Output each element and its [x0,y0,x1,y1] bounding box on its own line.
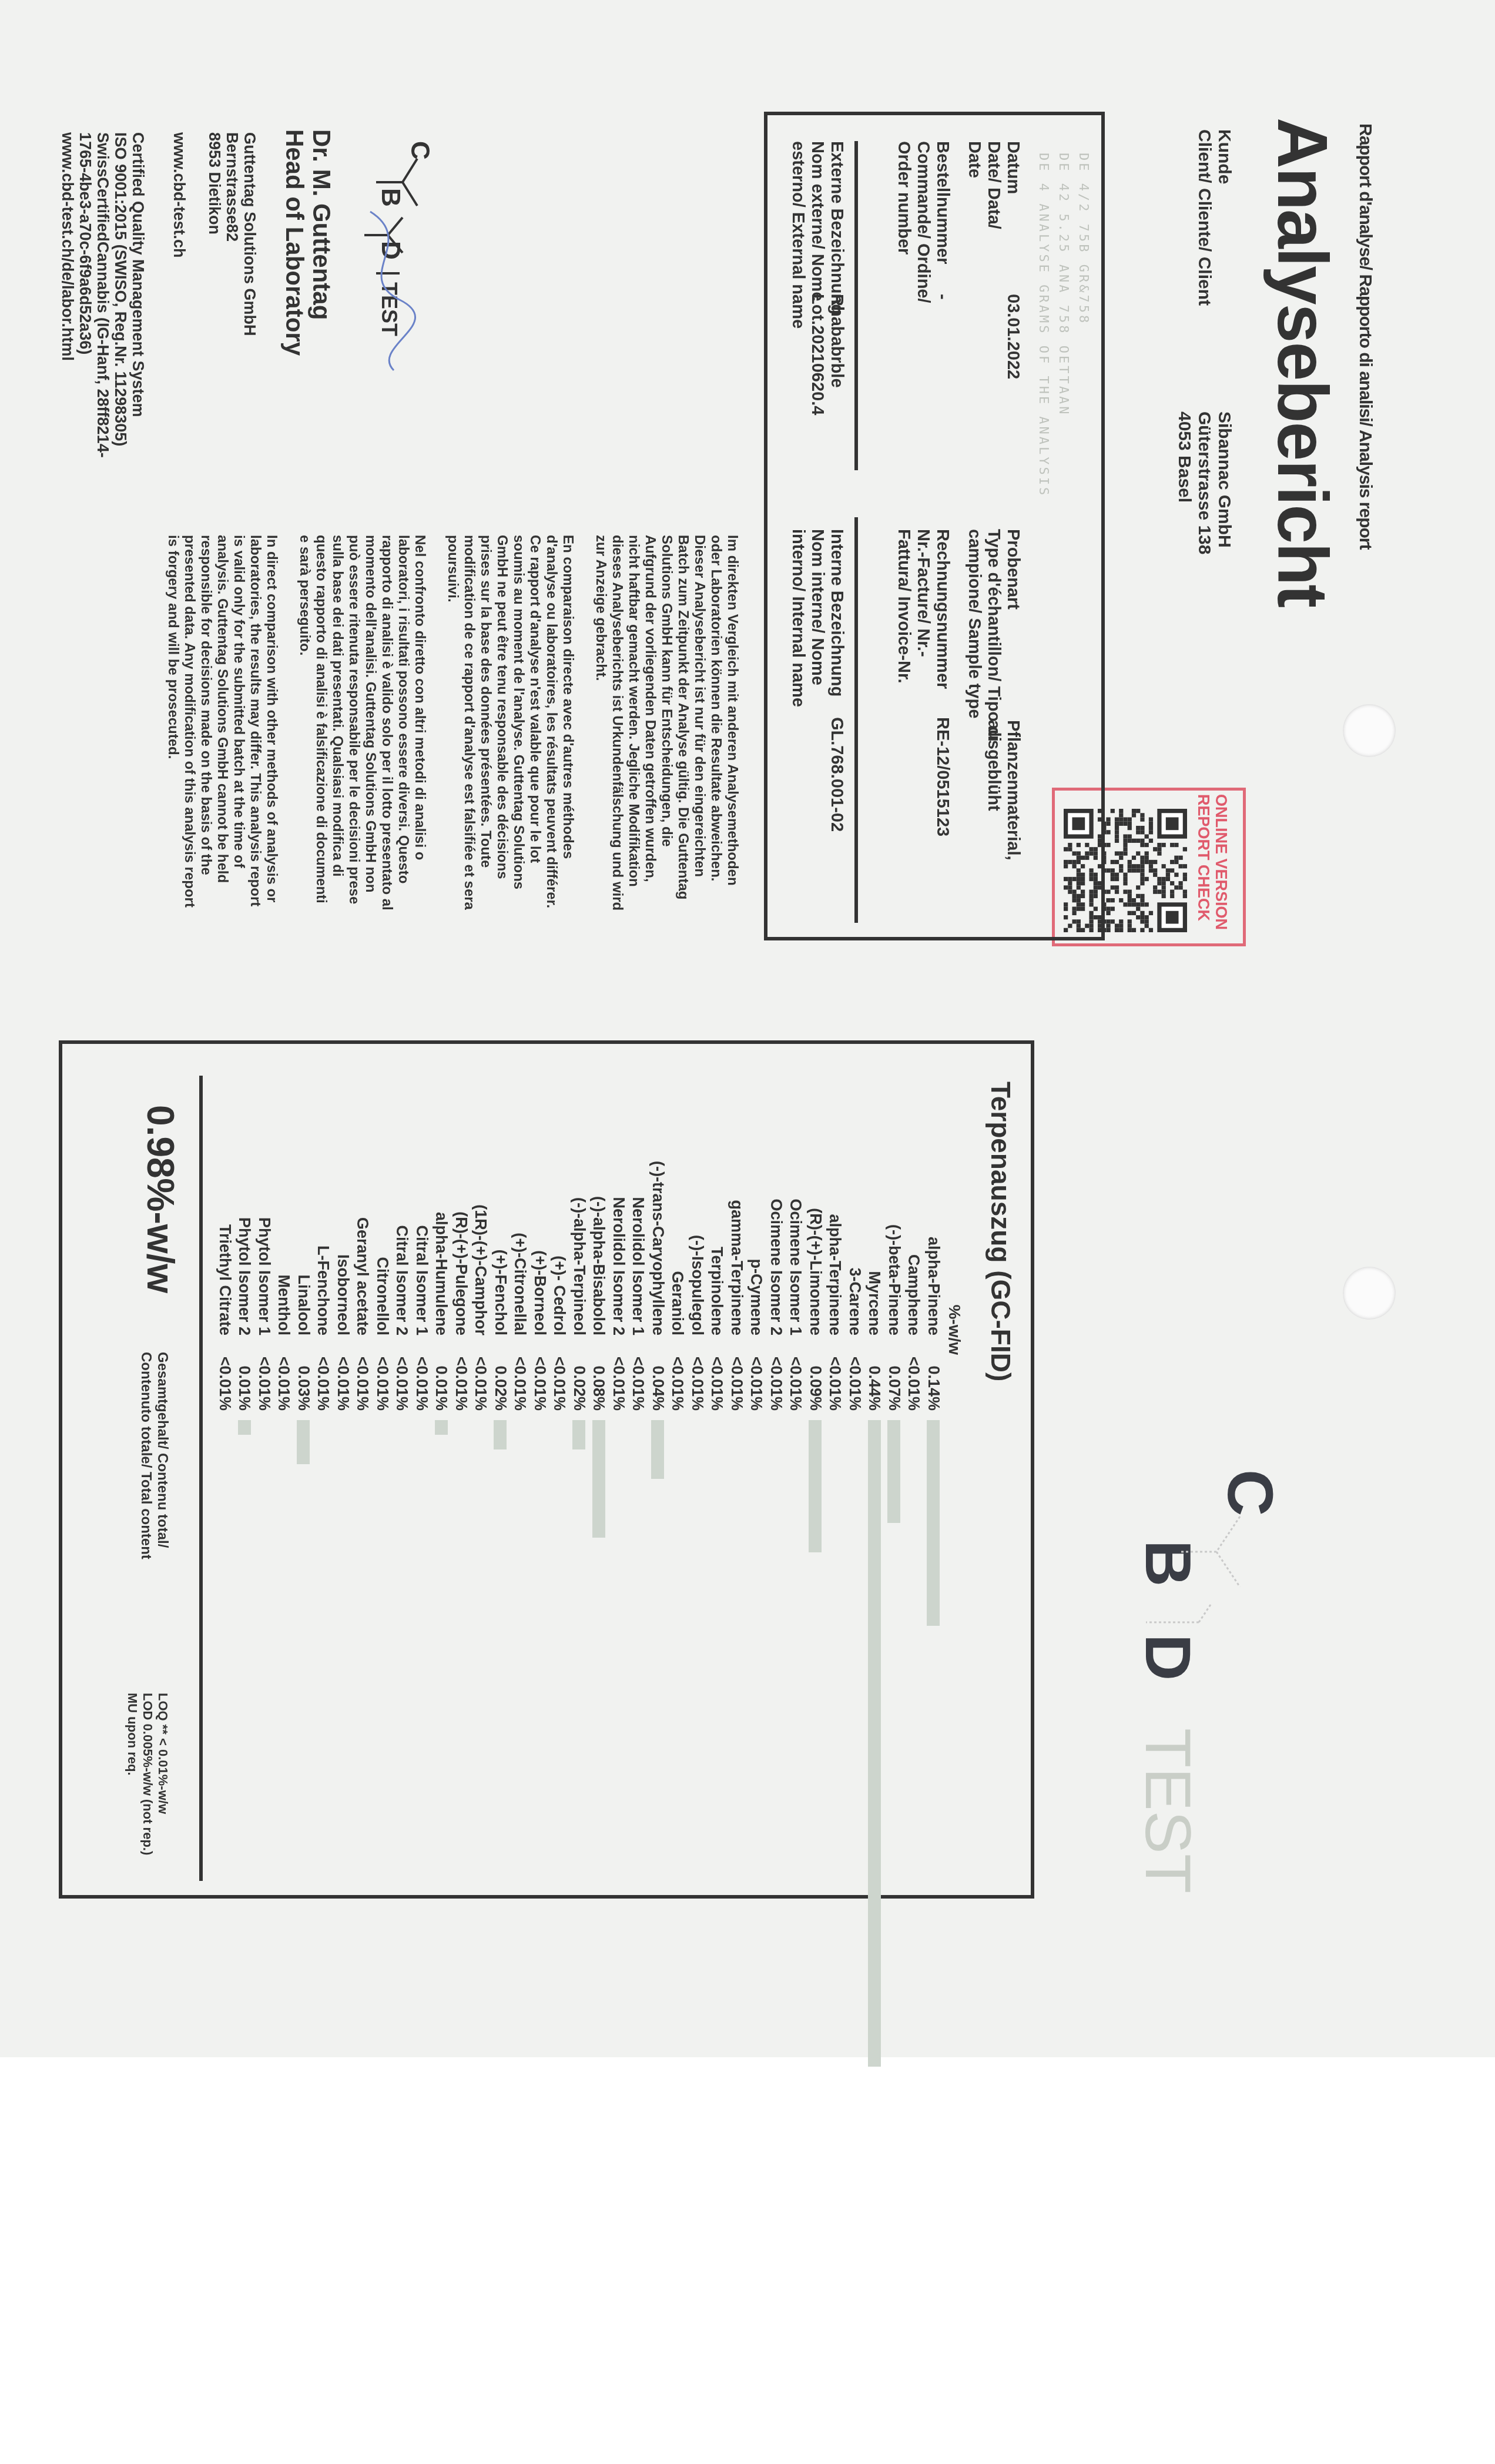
terpene-name: alpha-Humulene [432,1076,450,1346]
lab-address-line: Bernstrasse82 [223,132,241,336]
terpene-value: <0.01% [767,1346,785,1411]
terpene-row: alpha-Terpinene<0.01% [825,1076,845,2067]
terpene-name: Phytol Isomer 1 [255,1076,273,1346]
terpene-name: Citral Isomer 1 [413,1076,431,1346]
terpene-bar [572,1420,585,1449]
lab-website-link[interactable]: www.cbd-test.ch [170,132,188,258]
disclaimer-en: In direct comparison with other methods … [165,535,280,911]
terpene-value: <0.01% [471,1346,490,1411]
terpene-value: <0.01% [708,1346,726,1411]
client-name: Sibannac GmbH [1214,411,1234,555]
sample-type-label: Probenart Type d'échantillon/ Tipo di ca… [964,529,1023,742]
terpene-row: alpha-Humulene0.01% [431,1076,451,2067]
terpene-bar [494,1420,507,1449]
terpene-name: (R)-(+)-Limonene [806,1076,824,1346]
lab-certification: Certified Quality Management System ISO … [59,132,147,458]
value-line: ausgeblüht [984,720,1003,861]
terpene-row: (-)-alpha-Bisabolol0.08% [589,1076,609,2067]
terpene-bar [809,1420,822,1552]
label-line: Commande/ Ordine/ [913,141,933,303]
faint-line: DE 42 5.25 ANA 758 OETTAAN [1053,153,1073,497]
terpene-name: Triethyl Citrate [216,1076,234,1346]
terpene-row: Menthol<0.01% [274,1076,294,2067]
terpene-name: gamma-Terpinene [728,1076,746,1346]
client-label-de: Kunde [1214,129,1234,306]
terpene-value: 0.02% [570,1346,588,1411]
label-line: interno/ Internal name [788,529,807,707]
cert-line: 1765-4be3-a70c-6f9a6d52a36) [76,132,94,458]
terpene-bar [297,1420,310,1464]
terpene-title: Terpenauszug (GC-FID) [985,1082,1017,1381]
label-line: Rechnungsnummer [933,529,952,689]
cert-line: SwissCertifiedCannabis (IG-Hanf, 28ff821… [94,132,112,458]
order-value: - [933,294,952,300]
terpene-row: Citronellol<0.01% [373,1076,393,2067]
label-line: Datum [1003,141,1023,229]
disclaimers: Im direkten Vergleich mit anderen Analys… [165,535,740,911]
cbd-test-brand-logo-icon: C B D TEST [1117,1458,1293,1893]
terpene-name: (-)-alpha-Terpineol [570,1076,588,1346]
terpene-value: 0.07% [885,1346,903,1411]
terpene-row: Citral Isomer 1<0.01% [412,1076,432,2067]
svg-text:C: C [1214,1469,1286,1516]
label-line: Type d'échantillon/ Tipo di [984,529,1003,742]
terpene-value: <0.01% [255,1346,273,1411]
terpene-row: alpha-Pinene0.14% [924,1076,944,2067]
page-title: Analysebericht [1262,118,1343,607]
value-line: Rhababrble [827,294,846,415]
report-subtitle: Rapport d'analyse/ Rapporto di analisi/ … [1355,123,1375,550]
total-content-value: 0.98%-w/w [139,1105,182,1293]
terpene-name: alpha-Pinene [924,1076,943,1346]
signatory-role: Head of Laboratory [281,129,308,356]
terpene-bar [651,1420,664,1479]
terpene-name: (+)-Fenchol [491,1076,509,1346]
terpene-row: (1R)-(+)-Camphor<0.01% [471,1076,491,2067]
label-line: campione/ Sample type [964,529,984,742]
terpene-name: L-Fenchone [314,1076,332,1346]
terpene-name: (+)-Borneol [531,1076,549,1346]
terpene-value: <0.01% [274,1346,293,1411]
terpene-name: alpha-Terpinene [826,1076,844,1346]
terpene-row: 3-Carene<0.01% [845,1076,865,2067]
terpene-name: (-)-alpha-Bisabolol [589,1076,608,1346]
terpene-value: 0.01% [432,1346,450,1411]
label-line: Nr.-Facture/ Nr.- [913,529,933,689]
disclaimer-it: Nel confronto diretto con altri metodi d… [296,535,428,911]
terpene-value: 0.01% [235,1346,253,1411]
terpene-name: (-)-Isopulegol [688,1076,706,1346]
label-line: Gesamtgehalt/ Contenu total/ [154,1352,170,1559]
terpene-name: Linalool [294,1076,313,1346]
terpene-row: Citral Isomer 2<0.01% [392,1076,412,2067]
svg-text:TEST: TEST [1132,1728,1204,1893]
terpene-value: <0.01% [334,1346,352,1411]
lod-line: LOQ ** < 0.01%-w/w [155,1693,170,1855]
disclaimer-de: Im direkten Vergleich mit anderen Analys… [592,535,740,911]
terpene-value: <0.01% [216,1346,234,1411]
terpene-row: Phytol Isomer 20.01% [234,1076,254,2067]
terpene-row: Ocimene Isomer 2<0.01% [766,1076,786,2067]
terpene-value: <0.01% [728,1346,746,1411]
terpene-row: (+)-Fenchol0.02% [491,1076,511,2067]
terpene-bar [887,1420,900,1523]
lod-notes: LOQ ** < 0.01%-w/w LOD 0.005%-w/w (not r… [125,1693,170,1855]
terpene-value: <0.01% [452,1346,470,1411]
terpene-row: (-)-alpha-Terpineol0.02% [569,1076,589,2067]
terpene-row: Geraniol<0.01% [668,1076,688,2067]
terpene-value: <0.01% [393,1346,411,1411]
terpene-row: Myrcene0.44% [864,1076,884,2067]
cbd-test-signature-logo-icon: C B D TEST [335,123,452,394]
terpene-row: (-)-trans-Caryophyllene0.04% [648,1076,668,2067]
terpene-name: p-Cymene [747,1076,765,1346]
terpene-value: <0.01% [668,1346,686,1411]
lod-line: LOD 0.005%-w/w (not rep.) [140,1693,155,1855]
lab-address: Guttentag Solutions GmbH Bernstrasse82 8… [206,132,259,336]
terpene-row: (R)-(+)-Limonene0.09% [806,1076,826,2067]
date-label: Datum Date/ Data/ Date [964,141,1023,229]
invoice-label: Rechnungsnummer Nr.-Facture/ Nr.- Fattur… [894,529,952,689]
sample-type-value: Pflanzenmaterial, ausgeblüht [984,720,1023,861]
terpene-name: Ocimene Isomer 1 [786,1076,805,1346]
cert-line: Certified Quality Management System [129,132,147,458]
terpene-table: alpha-Pinene0.14%Camphene<0.01%(-)-beta-… [215,1076,944,2067]
terpene-value: <0.01% [373,1346,391,1411]
terpene-name: Terpinolene [708,1076,726,1346]
terpene-name: Geraniol [668,1076,686,1346]
terpene-row: (-)-beta-Pinene0.07% [884,1076,904,2067]
label-line: Interne Bezeichnung [827,529,846,707]
terpene-value: <0.01% [511,1346,529,1411]
signatory: Dr. M. Guttentag Head of Laboratory [281,129,335,356]
terpene-value: <0.01% [550,1346,568,1411]
client-city: 4053 Basel [1174,411,1194,555]
terpene-row: Triethyl Citrate<0.01% [215,1076,235,2067]
info-divider [854,141,858,470]
terpene-value: <0.01% [747,1346,765,1411]
label-line: Fattura/ Invoice-Nr. [894,529,913,689]
scanner-background [0,2057,1495,2464]
terpene-row: Camphene<0.01% [904,1076,924,2067]
terpene-name: (-)-trans-Caryophyllene [649,1076,667,1346]
terpene-bar [927,1420,940,1626]
client-label: Kunde Client/ Cliente/ Client [1194,129,1234,306]
terpene-value: <0.01% [629,1346,647,1411]
terpene-row: Linalool0.03% [294,1076,314,2067]
terpene-value: <0.01% [826,1346,844,1411]
terpene-bar [238,1420,251,1435]
terpene-row: Geranyl acetate<0.01% [353,1076,373,2067]
terpene-row: Terpinolene<0.01% [707,1076,727,2067]
terpene-value: 0.02% [491,1346,509,1411]
online-check-line2: REPORT CHECK [1195,794,1212,935]
info-divider-right [854,517,858,923]
label-line: Date [964,141,984,229]
svg-text:B: B [1132,1540,1204,1586]
terpene-row: Phytol Isomer 1<0.01% [254,1076,274,2067]
terpene-row: (+)-Borneol<0.01% [530,1076,550,2067]
terpene-value: <0.01% [609,1346,628,1411]
faint-line: DE 4 ANALYSE GRAMS OF THE ANALYSIS [1033,153,1053,497]
terpene-name: Citronellol [373,1076,391,1346]
terpene-value: 0.44% [865,1346,883,1411]
svg-text:D: D [1132,1634,1204,1680]
terpene-value: <0.01% [846,1346,864,1411]
terpene-row: (R)-(+)-Pulegone<0.01% [451,1076,471,2067]
order-label: Bestellnummer Commande/ Ordine/ Order nu… [894,141,952,303]
terpene-name: (1R)-(+)-Camphor [471,1076,490,1346]
label-line: Nom interne/ Nome [807,529,827,707]
terpene-value: 0.09% [806,1346,824,1411]
terpene-row: (+)-Citronellal<0.01% [510,1076,530,2067]
faint-line: DE 4/2 75B GR&758 [1073,153,1093,497]
lab-address-line: Guttentag Solutions GmbH [241,132,259,336]
terpene-bar [868,1420,881,2067]
terpene-row: (-)-Isopulegol<0.01% [688,1076,708,2067]
punch-hole [1343,704,1396,757]
terpene-row: (+)- Cedrol<0.01% [549,1076,569,2067]
invoice-value: RE-12/0515123 [933,717,952,836]
terpene-value: 0.08% [589,1346,608,1411]
total-divider [199,1076,203,1881]
terpene-row: Ocimene Isomer 1<0.01% [786,1076,806,2067]
client-label-multi: Client/ Cliente/ Client [1194,129,1214,306]
terpene-name: Citral Isomer 2 [393,1076,411,1346]
terpene-name: (R)-(+)-Pulegone [452,1076,470,1346]
total-content-label: Gesamtgehalt/ Contenu total/ Contenuto t… [138,1352,170,1559]
terpene-name: Myrcene [865,1076,883,1346]
client-street: Güterstrasse 138 [1194,411,1214,555]
terpene-name: Isoborneol [334,1076,352,1346]
terpene-value: <0.01% [531,1346,549,1411]
terpene-name: (+)- Cedrol [550,1076,568,1346]
terpene-bar [435,1420,448,1435]
value-line: Pflanzenmaterial, [1003,720,1023,861]
cert-line: ISO 9001:2015 (SWISO, Reg.Nr. 11298305) [112,132,129,458]
internal-name-value: GL.768.001-02 [827,717,846,832]
faint-watermark-lines: DE 4/2 75B GR&758 DE 42 5.25 ANA 758 OET… [1033,153,1093,497]
svg-text:C: C [405,141,434,160]
label-line: Date/ Data/ [984,141,1003,229]
value-line: Lot.20210620.4 [807,294,827,415]
online-check-title: ONLINE VERSION REPORT CHECK [1195,794,1230,935]
lod-line: MU upon req. [125,1693,140,1855]
terpene-row: L-Fenchone<0.01% [313,1076,333,2067]
terpene-value: 0.14% [924,1346,943,1411]
terpene-name: Phytol Isomer 2 [235,1076,253,1346]
terpene-value: <0.01% [904,1346,923,1411]
terpene-name: Nerolidol Isomer 2 [609,1076,628,1346]
punch-hole [1343,1267,1396,1320]
cert-link[interactable]: www.cbd-test.ch/de/labor.html [59,132,76,458]
terpene-row: p-Cymene<0.01% [746,1076,766,2067]
lab-address-line: 8953 Dietikon [206,132,223,336]
terpene-name: (-)-beta-Pinene [885,1076,903,1346]
terpene-value: <0.01% [786,1346,805,1411]
terpene-name: Menthol [274,1076,293,1346]
terpene-name: 3-Carene [846,1076,864,1346]
terpene-name: Camphene [904,1076,923,1346]
terpene-row: Nerolidol Isomer 2<0.01% [609,1076,629,2067]
internal-name-label: Interne Bezeichnung Nom interne/ Nome in… [788,529,846,707]
terpene-row: Nerolidol Isomer 1<0.01% [628,1076,648,2067]
terpene-value: <0.01% [314,1346,332,1411]
label-line: Bestellnummer [933,141,952,303]
disclaimer-fr: En comparaison directe avec d'autres mét… [444,535,576,911]
svg-text:B: B [376,188,405,207]
terpene-row: Isoborneol<0.01% [333,1076,353,2067]
terpene-value: <0.01% [413,1346,431,1411]
label-line: Contenuto totale/ Total content [138,1352,154,1559]
online-check-line1: ONLINE VERSION [1212,794,1230,935]
terpene-value: <0.01% [353,1346,371,1411]
signatory-name: Dr. M. Guttentag [308,129,335,356]
terpene-name: Ocimene Isomer 2 [767,1076,785,1346]
date-value: 03.01.2022 [1003,294,1023,379]
terpene-value: <0.01% [688,1346,706,1411]
client-address: Sibannac GmbH Güterstrasse 138 4053 Base… [1174,411,1234,555]
terpene-name: Nerolidol Isomer 1 [629,1076,647,1346]
terpene-name: Geranyl acetate [353,1076,371,1346]
label-line: Order number [894,141,913,303]
terpene-unit: %-w/w [945,1287,964,1355]
terpene-name: (+)-Citronellal [511,1076,529,1346]
svg-text:TEST: TEST [377,282,401,336]
external-name-value: Rhababrble Lot.20210620.4 [807,294,846,415]
terpene-value: 0.03% [294,1346,313,1411]
label-line: esterno/ External name [788,141,807,329]
label-line: Probenart [1003,529,1023,742]
terpene-row: gamma-Terpinene<0.01% [727,1076,747,2067]
analysis-report-page: Rapport d'analyse/ Rapporto di analisi/ … [0,0,1410,1940]
terpene-bar [592,1420,605,1538]
terpene-value: 0.04% [649,1346,667,1411]
